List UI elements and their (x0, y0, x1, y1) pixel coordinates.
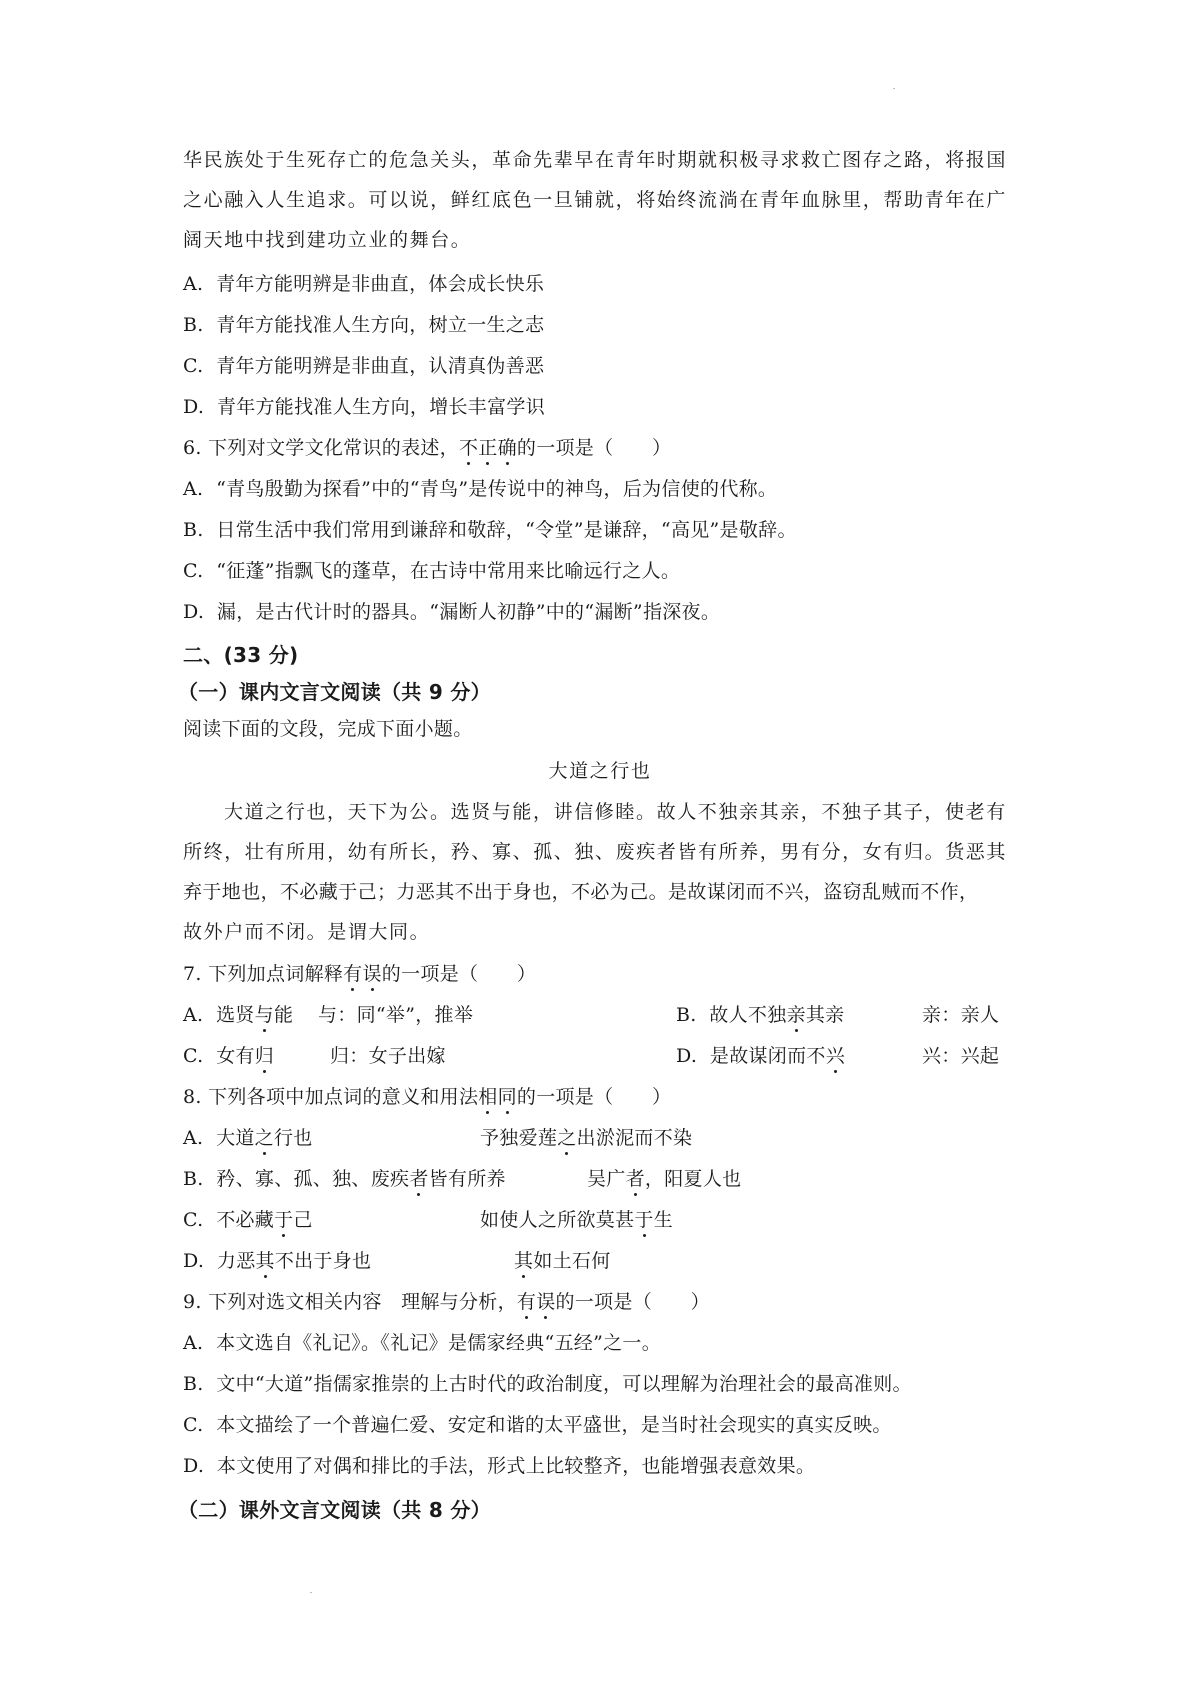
emphasis-char: 相 (478, 1086, 497, 1108)
emphasis-char: 于 (634, 1209, 653, 1231)
emphasis-char: 其 (514, 1250, 533, 1272)
emphasis-char: 之 (255, 1127, 274, 1149)
passage-line: 弃于地也，不必藏于己；力恶其不出于身也，不必为己。是故谋闭而不兴，盗窃乱贼而不作… (183, 880, 978, 904)
emphasis-char: 者 (409, 1168, 428, 1190)
q7-option-d-gloss: 兴：兴起 (922, 1044, 999, 1068)
q5-option-b: B. 青年方能找准人生方向，树立一生之志 (183, 313, 544, 337)
emphasis-char: 同 (498, 1086, 517, 1108)
passage-line: 阔天地中找到建功立业的舞台。 (183, 228, 471, 252)
emphasis-char: 误 (362, 963, 381, 985)
q9-option-b: B. 文中“大道”指儒家推崇的上古时代的政治制度，可以理解为治理社会的最高准则。 (183, 1372, 912, 1396)
q9-option-a: A. 本文选自《礼记》。《礼记》是儒家经典“五经”之一。 (183, 1331, 661, 1355)
q7-option-b-gloss: 亲：亲人 (922, 1003, 999, 1027)
passage-line: 大道之行也，天下为公。选贤与能，讲信修睦。故人不独亲其亲，不独子其子，使老有 (224, 800, 1007, 824)
emphasis-char: 归 (255, 1045, 274, 1067)
q8-option-a: A. 大道之行也 (183, 1126, 313, 1150)
emphasis-char: 与 (255, 1004, 274, 1026)
q6-option-c: C. “征蓬”指飘飞的蓬草，在古诗中常用来比喻远行之人。 (183, 559, 680, 583)
emphasis-char: 不 (459, 437, 478, 459)
emphasis-char: 于 (274, 1209, 293, 1231)
q8-stem: 8. 下列各项中加点词的意义和用法相同的一项是（ ） (183, 1085, 671, 1109)
q8-option-d: D. 力恶其不出于身也 (183, 1249, 371, 1273)
passage-line: 之心融入人生追求。可以说，鲜红底色一旦铺就，将始终流淌在青年血脉里，帮助青年在广 (183, 188, 1007, 212)
q5-option-d: D. 青年方能找准人生方向，增长丰富学识 (183, 395, 545, 419)
q7-option-c-gloss: 归：女子出嫁 (330, 1044, 446, 1068)
q8-option-c: C. 不必藏于己 (183, 1208, 313, 1232)
q8-option-b-compare: 吴广者，阳夏人也 (587, 1167, 741, 1191)
q7-option-a-gloss: 与：同“举”，推举 (318, 1003, 473, 1027)
emphasis-char: 有 (517, 1291, 536, 1313)
q7-option-b: B. 故人不独亲其亲 (676, 1003, 844, 1027)
emphasis-char: 其 (256, 1250, 275, 1272)
scan-speck (310, 1592, 312, 1593)
scan-speck (893, 88, 895, 89)
q6-option-b: B. 日常生活中我们常用到谦辞和敬辞，“令堂”是谦辞，“高见”是敬辞。 (183, 518, 797, 542)
emphasis-char: 者 (626, 1168, 645, 1190)
q7-stem: 7. 下列加点词解释有误的一项是（ ） (183, 962, 536, 986)
emphasis-char: 兴 (826, 1045, 845, 1067)
q5-option-a: A. 青年方能明辨是非曲直，体会成长快乐 (183, 272, 544, 296)
subsection-title: （二）课外文言文阅读（共 8 分） (178, 1498, 491, 1522)
passage-line: 故外户而不闭。是谓大同。 (183, 920, 430, 944)
q7-option-c: C. 女有归 (183, 1044, 274, 1068)
emphasis-char: 确 (498, 437, 517, 459)
q9-stem: 9. 下列对选文相关内容 理解与分析，有误的一项是（ ） (183, 1290, 710, 1314)
q8-option-d-compare: 其如土石何 (514, 1249, 611, 1273)
q8-option-c-compare: 如使人之所欲莫甚于生 (480, 1208, 673, 1232)
q5-option-c: C. 青年方能明辨是非曲直，认清真伪善恶 (183, 354, 544, 378)
q8-option-a-compare: 予独爱莲之出淤泥而不染 (480, 1126, 692, 1150)
emphasis-char: 有 (343, 963, 362, 985)
q7-option-a: A. 选贤与能 (183, 1003, 293, 1027)
q6-option-d: D. 漏，是古代计时的器具。“漏断人初静”中的“漏断”指深夜。 (183, 600, 720, 624)
section-title: 二、(33 分) (183, 643, 298, 667)
passage-line: 所终，壮有所用，幼有所长，矜、寡、孤、独、废疾者皆有所养，男有分，女有归。货恶其 (183, 840, 1007, 864)
q6-stem: 6. 下列对文学文化常识的表述，不正确的一项是（ ） (183, 436, 671, 460)
emphasis-char: 正 (478, 437, 497, 459)
passage-title: 大道之行也 (0, 759, 1200, 783)
passage-line: 华民族处于生死存亡的危急关头，革命先辈早在青年时期就积极寻求救亡图存之路，将报国 (183, 148, 1007, 172)
q7-option-d: D. 是故谋闭而不兴 (676, 1044, 845, 1068)
q9-option-c: C. 本文描绘了一个普遍仁爱、安定和谐的太平盛世，是当时社会现实的真实反映。 (183, 1413, 892, 1437)
instruction: 阅读下面的文段，完成下面小题。 (183, 717, 473, 741)
q8-option-b: B. 矜、寡、孤、独、废疾者皆有所养 (183, 1167, 506, 1191)
q6-option-a: A. “青鸟殷勤为探看”中的“青鸟”是传说中的神鸟，后为信使的代称。 (183, 477, 777, 501)
exam-page: 华民族处于生死存亡的危急关头，革命先辈早在青年时期就积极寻求救亡图存之路，将报国… (0, 0, 1200, 1698)
q9-option-d: D. 本文使用了对偶和排比的手法，形式上比较整齐，也能增强表意效果。 (183, 1454, 815, 1478)
emphasis-char: 之 (557, 1127, 576, 1149)
subsection-title: （一）课内文言文阅读（共 9 分） (178, 680, 491, 704)
emphasis-char: 亲 (787, 1004, 806, 1026)
emphasis-char: 误 (536, 1291, 555, 1313)
